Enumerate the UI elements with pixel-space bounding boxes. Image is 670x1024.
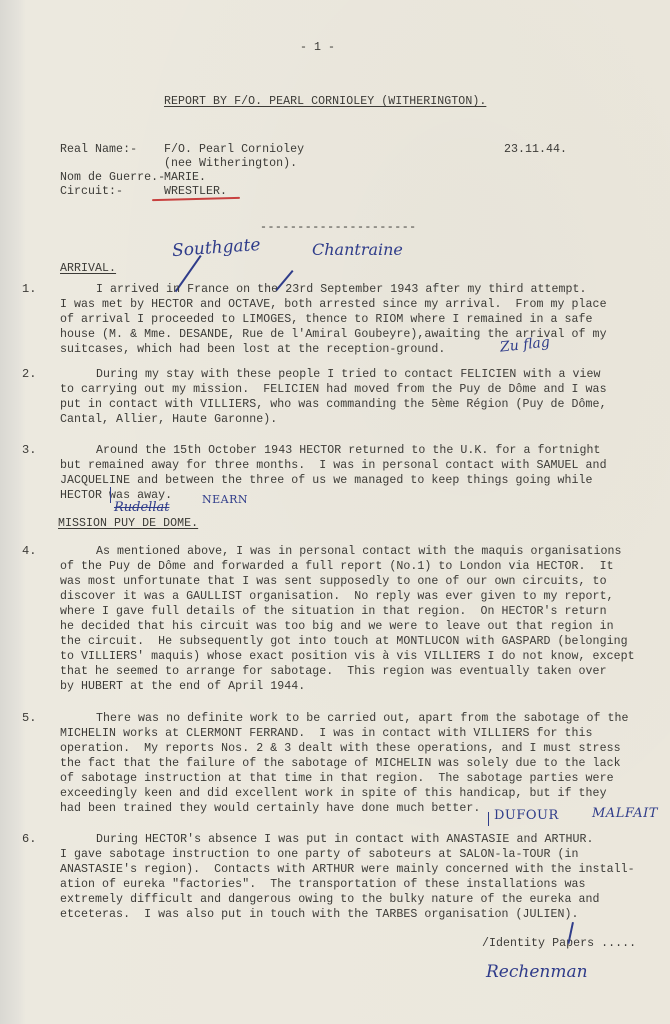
paragraph-line: by HUBERT at the end of April 1944. — [60, 679, 305, 694]
section-heading-mission: MISSION PUY DE DOME. — [58, 516, 198, 531]
handwritten-malfait: MALFAIT — [592, 806, 658, 821]
paragraph-line: As mentioned above, I was in personal co… — [96, 544, 622, 559]
paragraph-line: of sabotage instruction at that time in … — [60, 771, 614, 786]
paragraph-line: that he seemed to arrange for sabotage. … — [60, 664, 607, 679]
paragraph-line: put in contact with VILLIERS, who was co… — [60, 397, 607, 412]
handwritten-southgate: Southgate — [171, 235, 261, 261]
paragraph-line: discover it was a GAULLIST organisation.… — [60, 589, 614, 604]
continuation-note: /Identity Papers ..... — [482, 936, 636, 951]
paragraph-line: to carrying out my mission. FELICIEN had… — [60, 382, 607, 397]
paragraph-number: 4. — [22, 544, 36, 558]
paragraph-line: was most unfortunate that I was sent sup… — [60, 574, 607, 589]
handwritten-rudellat: Rudellat — [114, 500, 169, 515]
handwritten-chantraine: Chantraine — [312, 240, 403, 259]
report-title: REPORT BY F/O. PEARL CORNIOLEY (WITHERIN… — [164, 94, 486, 109]
paragraph-line: I was met by HECTOR and OCTAVE, both arr… — [60, 297, 607, 312]
paragraph-line: the circuit. He subsequently got into to… — [60, 634, 628, 649]
paragraph-line: I gave sabotage instruction to one party… — [60, 847, 579, 862]
paragraph-line: ation of eureka "factories". The transpo… — [60, 877, 586, 892]
real-name-label: Real Name:- — [60, 142, 137, 157]
paragraph-line: During HECTOR's absence I was put in con… — [96, 832, 594, 847]
circuit-label: Circuit:- — [60, 184, 123, 199]
paragraph-line: but remained away for three months. I wa… — [60, 458, 607, 473]
section-heading-arrival: ARRIVAL. — [60, 261, 116, 276]
paragraph-number: 5. — [22, 711, 36, 725]
paragraph-line: to VILLIERS' maquis) whose exact positio… — [60, 649, 635, 664]
paragraph-line: There was no definite work to be carried… — [96, 711, 629, 726]
paragraph-line: I arrived in France on the 23rd Septembe… — [96, 282, 587, 297]
paragraph-line: of arrival I proceeded to LIMOGES, thenc… — [60, 312, 593, 327]
paragraph-line: of the Puy de Dôme and forwarded a full … — [60, 559, 614, 574]
handwritten-signature: Rechenman — [486, 962, 588, 982]
paragraph-number: 3. — [22, 443, 36, 457]
pen-mark — [488, 812, 489, 826]
paragraph-line: Around the 15th October 1943 HECTOR retu… — [96, 443, 601, 458]
report-date: 23.11.44. — [504, 142, 567, 157]
paragraph-line: Cantal, Allier, Haute Garonne). — [60, 412, 277, 427]
paragraph-line: suitcases, which had been lost at the re… — [60, 342, 445, 357]
paragraph-line: JACQUELINE and between the three of us w… — [60, 473, 593, 488]
handwritten-dufour: DUFOUR — [494, 808, 559, 823]
paragraph-line: exceedingly keen and did excellent work … — [60, 786, 607, 801]
paragraph-line: the fact that the failure of the sabotag… — [60, 756, 621, 771]
pen-mark — [110, 487, 111, 503]
handwritten-nearn: NEARN — [202, 493, 248, 506]
paragraph-line: During my stay with these people I tried… — [96, 367, 601, 382]
paragraph-line: operation. My reports Nos. 2 & 3 dealt w… — [60, 741, 621, 756]
paragraph-line: ANASTASIE's region). Contacts with ARTHU… — [60, 862, 635, 877]
page-number: - 1 - — [300, 40, 335, 55]
paragraph-number: 1. — [22, 282, 36, 296]
paragraph-number: 6. — [22, 832, 36, 846]
paragraph-line: etceteras. I was also put in touch with … — [60, 907, 579, 922]
paragraph-line: he decided that his circuit was too big … — [60, 619, 614, 634]
separator: --------------------- — [260, 220, 417, 235]
paragraph-line: where I gave full details of the situati… — [60, 604, 607, 619]
paragraph-line: MICHELIN works at CLERMONT FERRAND. I wa… — [60, 726, 593, 741]
document-page: - 1 - REPORT BY F/O. PEARL CORNIOLEY (WI… — [0, 0, 670, 1024]
paragraph-line: had been trained they would certainly ha… — [60, 801, 480, 816]
paragraph-number: 2. — [22, 367, 36, 381]
paragraph-line: extremely difficult and dangerous owing … — [60, 892, 600, 907]
